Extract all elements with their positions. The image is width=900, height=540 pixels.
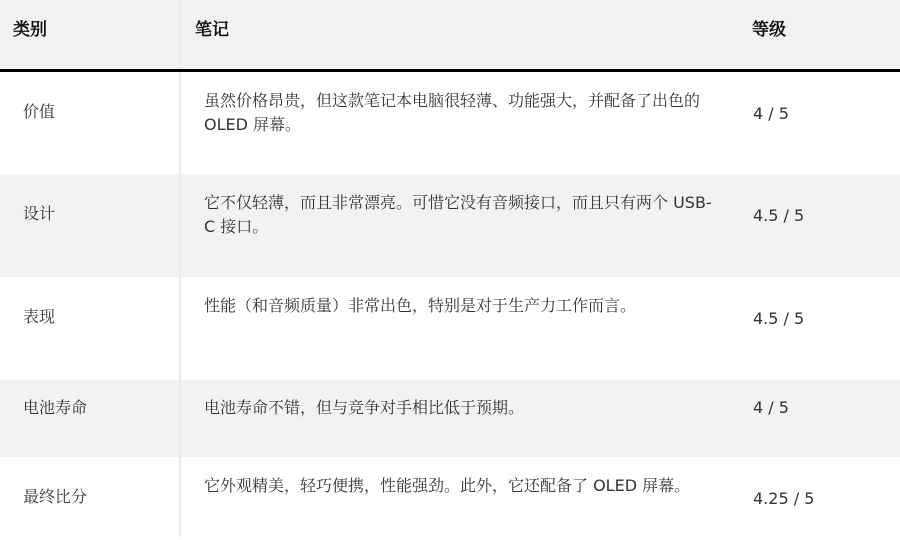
table-header: 类别 笔记 等级 [0, 0, 900, 70]
table-row: 价值 虽然价格昂贵，但这款笔记本电脑很轻薄、功能强大，并配备了出色的 OLED … [0, 70, 900, 174]
notes-cell: 电池寿命不错，但与竞争对手相比低于预期。 [180, 380, 732, 457]
rating-cell: 4.5 / 5 [732, 174, 900, 277]
review-table: 类别 笔记 等级 价值 虽然价格昂贵，但这款笔记本电脑很轻薄、功能强大，并配备了… [0, 0, 900, 537]
notes-cell: 它不仅轻薄，而且非常漂亮。可惜它没有音频接口，而且只有两个 USB-C 接口。 [180, 174, 732, 277]
table-row: 设计 它不仅轻薄，而且非常漂亮。可惜它没有音频接口，而且只有两个 USB-C 接… [0, 174, 900, 277]
category-cell: 最终比分 [0, 457, 180, 537]
table-row: 表现 性能（和音频质量）非常出色，特别是对于生产力工作而言。 4.5 / 5 [0, 277, 900, 380]
header-notes: 笔记 [180, 0, 732, 70]
header-rating: 等级 [732, 0, 900, 70]
notes-cell: 它外观精美，轻巧便携，性能强劲。此外，它还配备了 OLED 屏幕。 [180, 457, 732, 537]
category-cell: 价值 [0, 70, 180, 174]
category-cell: 表现 [0, 277, 180, 380]
rating-cell: 4.5 / 5 [732, 277, 900, 380]
rating-cell: 4 / 5 [732, 70, 900, 174]
notes-cell: 虽然价格昂贵，但这款笔记本电脑很轻薄、功能强大，并配备了出色的 OLED 屏幕。 [180, 70, 732, 174]
category-cell: 电池寿命 [0, 380, 180, 457]
category-cell: 设计 [0, 174, 180, 277]
table-row: 电池寿命 电池寿命不错，但与竞争对手相比低于预期。 4 / 5 [0, 380, 900, 457]
notes-cell: 性能（和音频质量）非常出色，特别是对于生产力工作而言。 [180, 277, 732, 380]
table-row: 最终比分 它外观精美，轻巧便携，性能强劲。此外，它还配备了 OLED 屏幕。 4… [0, 457, 900, 537]
rating-cell: 4 / 5 [732, 380, 900, 457]
header-category: 类别 [0, 0, 180, 70]
rating-cell: 4.25 / 5 [732, 457, 900, 537]
